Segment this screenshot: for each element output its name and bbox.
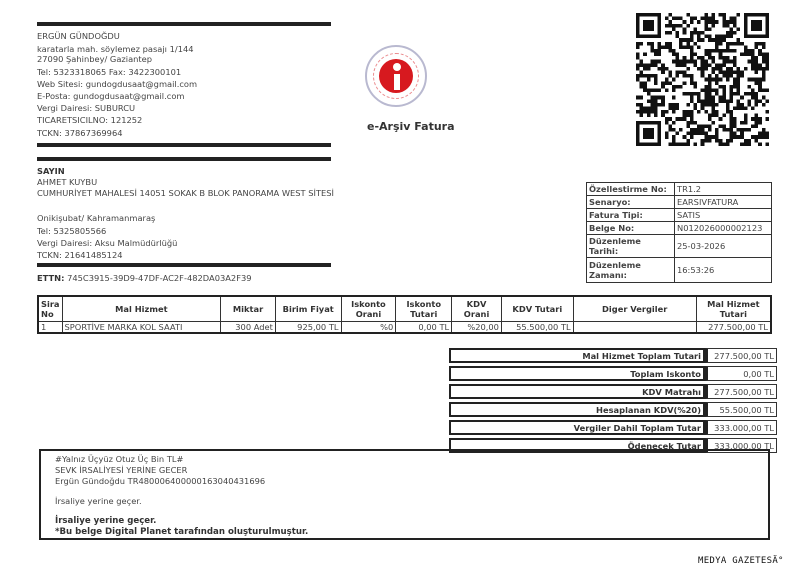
info-key: Düzenleme Tarihi: [587, 235, 675, 258]
info-row: Senaryo:EARSIVFATURA [587, 196, 772, 209]
totals-row: Hesaplanan KDV(%20)55.500,00 TL [449, 402, 777, 417]
column-header: Birim Fiyat [275, 296, 341, 322]
totals-value: 55.500,00 TL [705, 402, 777, 417]
totals-value: 0,00 TL [705, 366, 777, 381]
info-value: 16:53:26 [675, 258, 772, 283]
info-key: Belge No: [587, 222, 675, 235]
column-header: Iskonto Orani [341, 296, 396, 322]
document-title: e-Arşiv Fatura [367, 120, 455, 133]
seller-web: Web Sitesi: gundogdusaat@gmail.com [37, 79, 197, 90]
watermark: MEDYA GAZETESÄ° [698, 556, 784, 566]
info-value: SATIS [675, 209, 772, 222]
seller-phone-fax: Tel: 5323318065 Fax: 3422300101 [37, 67, 197, 78]
totals-row: Toplam Iskonto0,00 TL [449, 366, 777, 381]
note-line: İrsaliye yerine geçer. [55, 496, 754, 507]
divider [37, 143, 331, 147]
info-key: Fatura Tipi: [587, 209, 675, 222]
seller-tax-office: Vergi Dairesi: SUBURCU [37, 103, 197, 114]
info-value: 25-03-2026 [675, 235, 772, 258]
buyer-phone: Tel: 5325805566 [37, 226, 334, 237]
table-cell: 925,00 TL [275, 322, 341, 334]
table-cell: %20,00 [452, 322, 502, 334]
column-header: Miktar [221, 296, 276, 322]
seller-trade-registry: TICARETSICILNO: 121252 [37, 115, 197, 126]
seller-name: ERGÜN GÜNDOĞDU [37, 31, 197, 42]
ettn-label: ETTN: [37, 273, 64, 283]
totals-row: Mal Hizmet Toplam Tutari277.500,00 TL [449, 348, 777, 363]
seller-email: E-Posta: gundogdusaat@gmail.com [37, 91, 197, 102]
buyer-name: AHMET KUYBU [37, 177, 334, 188]
totals-value: 333.000,00 TL [705, 420, 777, 435]
amount-in-words: #Yalnız Üçyüz Otuz Üç Bin TL# [55, 454, 754, 465]
table-cell [573, 322, 696, 334]
table-cell: 55.500,00 TL [501, 322, 573, 334]
totals-value: 277.500,00 TL [705, 384, 777, 399]
info-row: Belge No:N012026000002123 [587, 222, 772, 235]
seller-tckn: TCKN: 37867369964 [37, 128, 197, 139]
info-row: Düzenleme Tarihi:25-03-2026 [587, 235, 772, 258]
totals-label: Mal Hizmet Toplam Tutari [449, 348, 705, 363]
info-value: TR1.2 [675, 183, 772, 196]
info-key: Senaryo: [587, 196, 675, 209]
table-row: 1SPORTİVE MARKA KOL SAATI300 Adet925,00 … [38, 322, 771, 334]
column-header: KDV Tutari [501, 296, 573, 322]
column-header: Sira No [38, 296, 62, 322]
seller-address-line2: 27090 Şahinbey/ Gaziantep [37, 54, 197, 65]
column-header: Mal Hizmet [62, 296, 221, 322]
info-value: EARSIVFATURA [675, 196, 772, 209]
buyer-tax-office: Vergi Dairesi: Aksu Malmüdürlüğü [37, 238, 334, 249]
table-cell: 277.500,00 TL [696, 322, 771, 334]
table-cell: 300 Adet [221, 322, 276, 334]
info-key: Düzenleme Zamanı: [587, 258, 675, 283]
info-row: Özellestirme No:TR1.2 [587, 183, 772, 196]
buyer-heading: SAYIN [37, 166, 334, 177]
table-cell: SPORTİVE MARKA KOL SAATI [62, 322, 221, 334]
table-cell: 1 [38, 322, 62, 334]
divider [37, 22, 331, 26]
table-cell: %0 [341, 322, 396, 334]
totals-value: 277.500,00 TL [705, 348, 777, 363]
qr-code-icon [636, 13, 769, 146]
items-table: Sira NoMal HizmetMiktarBirim FiyatIskont… [37, 295, 772, 334]
invoice-info-table: Özellestirme No:TR1.2Senaryo:EARSIVFATUR… [586, 182, 772, 283]
totals-label: Toplam Iskonto [449, 366, 705, 381]
totals-row: KDV Matrahı277.500,00 TL [449, 384, 777, 399]
note-line: SEVK İRSALİYESİ YERİNE GECER [55, 465, 754, 476]
column-header: KDV Orani [452, 296, 502, 322]
note-bold: İrsaliye yerine geçer. [55, 516, 754, 527]
info-row: Düzenleme Zamanı:16:53:26 [587, 258, 772, 283]
logo-i-stem [394, 74, 400, 90]
table-cell: 0,00 TL [396, 322, 452, 334]
divider [37, 263, 331, 267]
ettn: ETTN: 745C3915-39D9-47DF-AC2F-482DA03A2F… [37, 273, 252, 284]
totals-table: Mal Hizmet Toplam Tutari277.500,00 TLTop… [449, 345, 777, 456]
column-header: Diger Vergiler [573, 296, 696, 322]
info-value: N012026000002123 [675, 222, 772, 235]
buyer-address-line1: CUMHURİYET MAHALESİ 14051 SOKAK B BLOK P… [37, 188, 334, 199]
totals-label: KDV Matrahı [449, 384, 705, 399]
iban-line: Ergün Gündoğdu TR48000640000016304043169… [55, 476, 754, 487]
buyer-address-line2: Onikişubat/ Kahramanmaraş [37, 213, 334, 224]
gib-logo-icon [365, 45, 427, 107]
totals-row: Vergiler Dahil Toplam Tutar333.000,00 TL [449, 420, 777, 435]
info-row: Fatura Tipi:SATIS [587, 209, 772, 222]
info-key: Özellestirme No: [587, 183, 675, 196]
divider [37, 157, 331, 161]
seller-info: ERGÜN GÜNDOĞDU karatarla mah. söylemez p… [37, 31, 197, 139]
buyer-tckn: TCKN: 21641485124 [37, 250, 334, 261]
table-header-row: Sira NoMal HizmetMiktarBirim FiyatIskont… [38, 296, 771, 322]
totals-label: Hesaplanan KDV(%20) [449, 402, 705, 417]
ettn-value: 745C3915-39D9-47DF-AC2F-482DA03A2F39 [67, 273, 251, 283]
totals-label: Vergiler Dahil Toplam Tutar [449, 420, 705, 435]
note-bold: *Bu belge Digital Planet tarafından oluş… [55, 527, 754, 538]
notes-box: #Yalnız Üçyüz Otuz Üç Bin TL# SEVK İRSAL… [39, 449, 770, 540]
column-header: Iskonto Tutari [396, 296, 452, 322]
column-header: Mal Hizmet Tutari [696, 296, 771, 322]
buyer-info: SAYIN AHMET KUYBU CUMHURİYET MAHALESİ 14… [37, 166, 334, 261]
logo-i-dot [393, 63, 401, 71]
